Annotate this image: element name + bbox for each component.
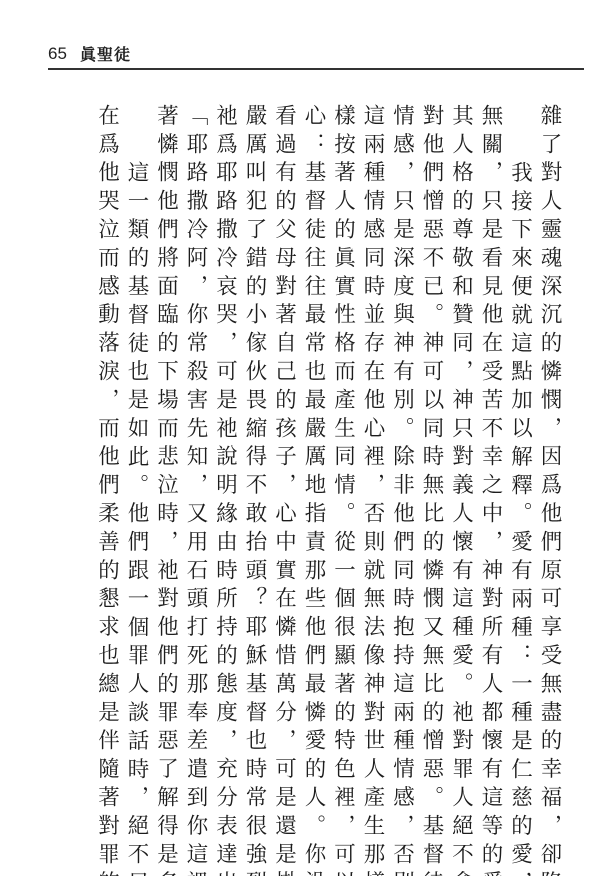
text-column-2: 我接下來便就這點加以解釋。愛有兩種：一種是仁慈的愛，這種愛與被愛者的性格 xyxy=(505,104,535,854)
text-column-15: 這一類的基督徒也是如此。他們跟一個罪人談話時，絕不只是要叫他因著有一個人 xyxy=(122,104,152,854)
text-column-5: 對他們憎惡不已。神可以同時無比的憐憫又無比的憎惡。基督徒也同時會有這樣交雜的 xyxy=(417,104,447,854)
text-column-9: 心：基督徒往往最常也最嚴厲地指責那些他們最憐愛的人。你没看過這種情形嗎？你没 xyxy=(299,104,329,854)
vertical-body-text: 雜了對人靈魂深沉的憐憫，因爲他們原可享受無盡的幸福，卻陷在永恆的不幸裡。 我接下… xyxy=(44,104,564,854)
text-column-12: 祂爲耶路撒冷哀哭，可是祂說明緣由時所持的態度，充分表達出祂對他們的激憤不已： xyxy=(210,104,240,854)
running-title: 眞聖徒 xyxy=(80,42,131,65)
text-column-3: 無關，只是看見他在受苦不幸之中，神對所有人都懷有這等的愛，另一種愛則包含了對 xyxy=(476,104,506,854)
text-column-14: 著憐憫他們將面臨的下場而悲泣時，祂對他們的罪惡了解得是多麼清楚。 xyxy=(151,104,181,854)
text-column-7: 這兩種情感同時並存在他心裡，否則就無法像神對世人產生那樣的同情，也不能像神那 xyxy=(358,104,388,854)
text-column-10: 看過有的父母對著自己的孩子，心中實在憐惜萬分，可是還是掛著眼淚責備他，言詞之 xyxy=(269,104,299,854)
page-number: 65 xyxy=(48,44,67,64)
text-column-1: 雜了對人靈魂深沉的憐憫，因爲他們原可享受無盡的幸福，卻陷在永恆的不幸裡。 xyxy=(535,104,565,854)
text-column-8: 樣按著人的眞實性格而產生同情。從一個很顯著的特色裡，可以發現基督徒的這種同情 xyxy=(328,104,358,854)
text-column-13: 「耶路撒冷阿，你常殺害先知，又用石頭打死那奉差遣到你這裡來的人。」噢，當祂因 xyxy=(181,104,211,854)
text-column-6: 情感，只是深度與神有別。除非他們同時抱持這兩種情感，否則便會覺得不對勁。除非 xyxy=(387,104,417,854)
text-column-11: 嚴厲叫犯了錯的小傢伙畏縮得不敢抬頭？耶穌基督也時常很強烈地表現出這兩種情感。 xyxy=(240,104,270,854)
text-column-16: 在爲他哭泣而感動落淚，而他們柔善的懇求也總是伴隨著對罪的強烈指責。 xyxy=(92,104,122,854)
page-header: 65 眞聖徒 xyxy=(48,38,584,70)
text-column-4: 其人格的尊敬和贊同，神只對義人懷有這種愛。祂對罪人絕不會懷有這一種的愛，因祂 xyxy=(446,104,476,854)
